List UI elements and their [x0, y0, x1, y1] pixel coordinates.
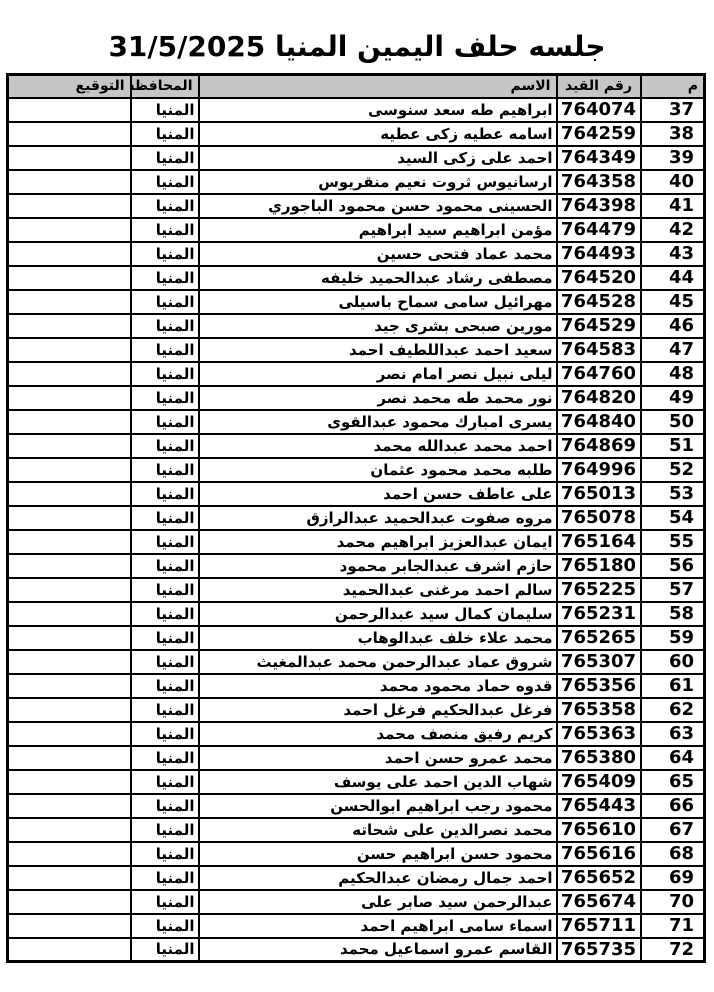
page-title: جلسه حلف اليمين المنيا 31/5/2025 [0, 0, 714, 69]
cell-serial-number: 52 [641, 458, 705, 482]
header-registration-number: رقم القيد [557, 75, 641, 98]
table-row: 49764820نور محمد طه محمد نصرالمنيا [8, 386, 705, 410]
header-serial-number: م [641, 75, 705, 98]
table-row: 40764358ارسانيوس ثروت نعيم منقريوسالمنيا [8, 170, 705, 194]
table-row: 55765164ايمان عبدالعزيز ابراهيم محمدالمن… [8, 530, 705, 554]
cell-signature [8, 674, 131, 698]
cell-signature [8, 410, 131, 434]
table-body: 37764074ابراهيم طه سعد سنوسىالمنيا387642… [8, 98, 705, 962]
cell-name: محمد علاء خلف عبدالوهاب [199, 626, 557, 650]
cell-governorate: المنيا [131, 266, 199, 290]
table-row: 57765225سالم احمد مرغنى عبدالحميدالمنيا [8, 578, 705, 602]
cell-serial-number: 50 [641, 410, 705, 434]
cell-registration-number: 764760 [557, 362, 641, 386]
cell-governorate: المنيا [131, 458, 199, 482]
header-row: م رقم القيد الاسم المحافظه التوقيع [8, 75, 705, 98]
cell-serial-number: 58 [641, 602, 705, 626]
table-row: 37764074ابراهيم طه سعد سنوسىالمنيا [8, 98, 705, 122]
cell-registration-number: 764349 [557, 146, 641, 170]
cell-serial-number: 41 [641, 194, 705, 218]
cell-governorate: المنيا [131, 530, 199, 554]
cell-serial-number: 63 [641, 722, 705, 746]
cell-signature [8, 242, 131, 266]
cell-registration-number: 764996 [557, 458, 641, 482]
table-row: 60765307شروق عماد عبدالرحمن محمد عبدالمغ… [8, 650, 705, 674]
cell-governorate: المنيا [131, 170, 199, 194]
cell-governorate: المنيا [131, 674, 199, 698]
cell-name: حازم اشرف عبدالجابر محمود [199, 554, 557, 578]
cell-signature [8, 530, 131, 554]
cell-serial-number: 70 [641, 890, 705, 914]
table-row: 63765363كريم رفيق منصف محمدالمنيا [8, 722, 705, 746]
cell-registration-number: 765231 [557, 602, 641, 626]
table-row: 72765735القاسم عمرو اسماعيل محمدالمنيا [8, 938, 705, 962]
cell-governorate: المنيا [131, 938, 199, 962]
cell-serial-number: 47 [641, 338, 705, 362]
cell-registration-number: 764820 [557, 386, 641, 410]
table-row: 39764349احمد على زكى السيدالمنيا [8, 146, 705, 170]
cell-registration-number: 764479 [557, 218, 641, 242]
cell-serial-number: 42 [641, 218, 705, 242]
cell-name: ايمان عبدالعزيز ابراهيم محمد [199, 530, 557, 554]
cell-serial-number: 62 [641, 698, 705, 722]
table-row: 70765674عبدالرحمن سيد صابر علىالمنيا [8, 890, 705, 914]
table-row: 43764493محمد عماد فتحى حسينالمنيا [8, 242, 705, 266]
cell-serial-number: 53 [641, 482, 705, 506]
cell-name: مروه صفوت عبدالحميد عبدالرازق [199, 506, 557, 530]
cell-name: القاسم عمرو اسماعيل محمد [199, 938, 557, 962]
cell-governorate: المنيا [131, 698, 199, 722]
cell-serial-number: 44 [641, 266, 705, 290]
cell-registration-number: 764520 [557, 266, 641, 290]
table-row: 41764398الحسينى محمود حسن محمود الباجوري… [8, 194, 705, 218]
header-governorate: المحافظه [131, 75, 199, 98]
cell-registration-number: 765180 [557, 554, 641, 578]
cell-registration-number: 765013 [557, 482, 641, 506]
cell-serial-number: 49 [641, 386, 705, 410]
cell-serial-number: 38 [641, 122, 705, 146]
cell-signature [8, 122, 131, 146]
table-row: 45764528مهرائيل سامى سماح باسيلىالمنيا [8, 290, 705, 314]
cell-governorate: المنيا [131, 434, 199, 458]
cell-name: احمد على زكى السيد [199, 146, 557, 170]
cell-signature [8, 746, 131, 770]
table-row: 59765265محمد علاء خلف عبدالوهابالمنيا [8, 626, 705, 650]
cell-serial-number: 68 [641, 842, 705, 866]
cell-name: شهاب الدين احمد على يوسف [199, 770, 557, 794]
header-signature: التوقيع [8, 75, 131, 98]
table-row: 47764583سعيد احمد عبداللطيف احمدالمنيا [8, 338, 705, 362]
cell-name: قدوه حماد محمود محمد [199, 674, 557, 698]
cell-governorate: المنيا [131, 602, 199, 626]
table-row: 38764259اسامه عطيه زكى عطيهالمنيا [8, 122, 705, 146]
table-row: 56765180حازم اشرف عبدالجابر محمودالمنيا [8, 554, 705, 578]
cell-serial-number: 64 [641, 746, 705, 770]
cell-name: نور محمد طه محمد نصر [199, 386, 557, 410]
table-row: 62765358فرغل عبدالحكيم فرغل احمدالمنيا [8, 698, 705, 722]
cell-signature [8, 890, 131, 914]
cell-signature [8, 290, 131, 314]
table-row: 67765610محمد نصرالدين على شحاتهالمنيا [8, 818, 705, 842]
cell-governorate: المنيا [131, 194, 199, 218]
cell-name: مهرائيل سامى سماح باسيلى [199, 290, 557, 314]
cell-governorate: المنيا [131, 290, 199, 314]
cell-name: الحسينى محمود حسن محمود الباجوري [199, 194, 557, 218]
cell-serial-number: 66 [641, 794, 705, 818]
cell-name: احمد محمد عبدالله محمد [199, 434, 557, 458]
cell-governorate: المنيا [131, 818, 199, 842]
table-row: 44764520مصطفى رشاد عبدالحميد خليفهالمنيا [8, 266, 705, 290]
cell-name: محمد نصرالدين على شحاته [199, 818, 557, 842]
cell-name: مؤمن ابراهيم سيد ابراهيم [199, 218, 557, 242]
cell-governorate: المنيا [131, 314, 199, 338]
cell-governorate: المنيا [131, 242, 199, 266]
cell-registration-number: 765711 [557, 914, 641, 938]
cell-name: شروق عماد عبدالرحمن محمد عبدالمغيث [199, 650, 557, 674]
cell-registration-number: 765380 [557, 746, 641, 770]
cell-signature [8, 98, 131, 122]
cell-governorate: المنيا [131, 386, 199, 410]
cell-serial-number: 48 [641, 362, 705, 386]
cell-registration-number: 765616 [557, 842, 641, 866]
cell-signature [8, 650, 131, 674]
cell-governorate: المنيا [131, 650, 199, 674]
table-row: 64765380محمد عمرو حسن احمدالمنيا [8, 746, 705, 770]
cell-name: فرغل عبدالحكيم فرغل احمد [199, 698, 557, 722]
cell-registration-number: 765735 [557, 938, 641, 962]
cell-registration-number: 764840 [557, 410, 641, 434]
cell-serial-number: 51 [641, 434, 705, 458]
cell-signature [8, 434, 131, 458]
cell-registration-number: 765652 [557, 866, 641, 890]
cell-signature [8, 578, 131, 602]
table-row: 65765409شهاب الدين احمد على يوسفالمنيا [8, 770, 705, 794]
cell-registration-number: 764869 [557, 434, 641, 458]
cell-serial-number: 69 [641, 866, 705, 890]
cell-registration-number: 765443 [557, 794, 641, 818]
cell-signature [8, 938, 131, 962]
table-row: 71765711اسماء سامى ابراهيم احمدالمنيا [8, 914, 705, 938]
table-row: 46764529مورين صبحى بشرى جيدالمنيا [8, 314, 705, 338]
table-header: م رقم القيد الاسم المحافظه التوقيع [8, 75, 705, 98]
cell-governorate: المنيا [131, 626, 199, 650]
cell-name: طلبه محمد محمود عثمان [199, 458, 557, 482]
cell-signature [8, 146, 131, 170]
cell-governorate: المنيا [131, 746, 199, 770]
cell-signature [8, 770, 131, 794]
cell-serial-number: 59 [641, 626, 705, 650]
cell-registration-number: 765356 [557, 674, 641, 698]
cell-governorate: المنيا [131, 410, 199, 434]
cell-governorate: المنيا [131, 554, 199, 578]
cell-name: ارسانيوس ثروت نعيم منقريوس [199, 170, 557, 194]
cell-name: عبدالرحمن سيد صابر على [199, 890, 557, 914]
table-row: 51764869احمد محمد عبدالله محمدالمنيا [8, 434, 705, 458]
cell-serial-number: 39 [641, 146, 705, 170]
cell-signature [8, 698, 131, 722]
cell-name: مورين صبحى بشرى جيد [199, 314, 557, 338]
cell-name: اسماء سامى ابراهيم احمد [199, 914, 557, 938]
cell-serial-number: 46 [641, 314, 705, 338]
table-row: 42764479مؤمن ابراهيم سيد ابراهيمالمنيا [8, 218, 705, 242]
cell-name: محمد عماد فتحى حسين [199, 242, 557, 266]
cell-signature [8, 818, 131, 842]
cell-governorate: المنيا [131, 482, 199, 506]
cell-governorate: المنيا [131, 146, 199, 170]
cell-serial-number: 67 [641, 818, 705, 842]
cell-registration-number: 765610 [557, 818, 641, 842]
cell-registration-number: 764074 [557, 98, 641, 122]
cell-registration-number: 764493 [557, 242, 641, 266]
cell-registration-number: 765164 [557, 530, 641, 554]
cell-serial-number: 45 [641, 290, 705, 314]
cell-name: يسرى امبارك محمود عبدالقوى [199, 410, 557, 434]
cell-signature [8, 194, 131, 218]
cell-signature [8, 362, 131, 386]
table-row: 58765231سليمان كمال سيد عبدالرحمنالمنيا [8, 602, 705, 626]
cell-name: سالم احمد مرغنى عبدالحميد [199, 578, 557, 602]
cell-name: محمود رجب ابراهيم ابوالحسن [199, 794, 557, 818]
cell-serial-number: 72 [641, 938, 705, 962]
table-row: 68765616محمود حسن ابراهيم حسنالمنيا [8, 842, 705, 866]
table-row: 52764996طلبه محمد محمود عثمانالمنيا [8, 458, 705, 482]
cell-registration-number: 764358 [557, 170, 641, 194]
cell-governorate: المنيا [131, 866, 199, 890]
table-row: 48764760ليلى نبيل نصر امام نصرالمنيا [8, 362, 705, 386]
cell-governorate: المنيا [131, 98, 199, 122]
cell-serial-number: 60 [641, 650, 705, 674]
cell-signature [8, 722, 131, 746]
table-row: 66765443محمود رجب ابراهيم ابوالحسنالمنيا [8, 794, 705, 818]
cell-governorate: المنيا [131, 506, 199, 530]
cell-name: مصطفى رشاد عبدالحميد خليفه [199, 266, 557, 290]
cell-registration-number: 765409 [557, 770, 641, 794]
cell-serial-number: 43 [641, 242, 705, 266]
cell-governorate: المنيا [131, 122, 199, 146]
cell-signature [8, 842, 131, 866]
cell-signature [8, 794, 131, 818]
cell-governorate: المنيا [131, 578, 199, 602]
cell-signature [8, 914, 131, 938]
cell-signature [8, 386, 131, 410]
cell-name: احمد جمال رمضان عبدالحكيم [199, 866, 557, 890]
cell-governorate: المنيا [131, 218, 199, 242]
cell-governorate: المنيا [131, 890, 199, 914]
header-name: الاسم [199, 75, 557, 98]
cell-registration-number: 764398 [557, 194, 641, 218]
cell-registration-number: 765358 [557, 698, 641, 722]
cell-governorate: المنيا [131, 722, 199, 746]
cell-serial-number: 71 [641, 914, 705, 938]
cell-signature [8, 458, 131, 482]
cell-registration-number: 765307 [557, 650, 641, 674]
cell-name: سليمان كمال سيد عبدالرحمن [199, 602, 557, 626]
oath-roster-table: م رقم القيد الاسم المحافظه التوقيع 37764… [6, 73, 706, 963]
cell-signature [8, 314, 131, 338]
cell-name: اسامه عطيه زكى عطيه [199, 122, 557, 146]
cell-registration-number: 765265 [557, 626, 641, 650]
cell-serial-number: 55 [641, 530, 705, 554]
cell-registration-number: 765674 [557, 890, 641, 914]
cell-serial-number: 56 [641, 554, 705, 578]
table-row: 69765652احمد جمال رمضان عبدالحكيمالمنيا [8, 866, 705, 890]
cell-serial-number: 65 [641, 770, 705, 794]
cell-registration-number: 764529 [557, 314, 641, 338]
cell-governorate: المنيا [131, 362, 199, 386]
cell-governorate: المنيا [131, 842, 199, 866]
table-row: 53765013على عاطف حسن احمدالمنيا [8, 482, 705, 506]
cell-name: محمد عمرو حسن احمد [199, 746, 557, 770]
table-row: 61765356قدوه حماد محمود محمدالمنيا [8, 674, 705, 698]
cell-registration-number: 765225 [557, 578, 641, 602]
cell-registration-number: 764259 [557, 122, 641, 146]
cell-governorate: المنيا [131, 770, 199, 794]
cell-signature [8, 266, 131, 290]
cell-signature [8, 482, 131, 506]
cell-signature [8, 626, 131, 650]
cell-name: سعيد احمد عبداللطيف احمد [199, 338, 557, 362]
cell-governorate: المنيا [131, 794, 199, 818]
cell-serial-number: 40 [641, 170, 705, 194]
cell-serial-number: 57 [641, 578, 705, 602]
cell-name: ليلى نبيل نصر امام نصر [199, 362, 557, 386]
scanned-document-page: جلسه حلف اليمين المنيا 31/5/2025 م رقم ا… [0, 0, 714, 992]
cell-signature [8, 602, 131, 626]
cell-signature [8, 218, 131, 242]
cell-signature [8, 554, 131, 578]
cell-signature [8, 338, 131, 362]
cell-serial-number: 54 [641, 506, 705, 530]
table-row: 54765078مروه صفوت عبدالحميد عبدالرازقالم… [8, 506, 705, 530]
cell-serial-number: 37 [641, 98, 705, 122]
cell-registration-number: 765078 [557, 506, 641, 530]
cell-name: محمود حسن ابراهيم حسن [199, 842, 557, 866]
cell-registration-number: 764583 [557, 338, 641, 362]
cell-signature [8, 506, 131, 530]
cell-signature [8, 866, 131, 890]
cell-signature [8, 170, 131, 194]
cell-governorate: المنيا [131, 338, 199, 362]
cell-registration-number: 764528 [557, 290, 641, 314]
table-row: 50764840يسرى امبارك محمود عبدالقوىالمنيا [8, 410, 705, 434]
cell-governorate: المنيا [131, 914, 199, 938]
cell-name: ابراهيم طه سعد سنوسى [199, 98, 557, 122]
cell-registration-number: 765363 [557, 722, 641, 746]
cell-serial-number: 61 [641, 674, 705, 698]
cell-name: كريم رفيق منصف محمد [199, 722, 557, 746]
cell-name: على عاطف حسن احمد [199, 482, 557, 506]
